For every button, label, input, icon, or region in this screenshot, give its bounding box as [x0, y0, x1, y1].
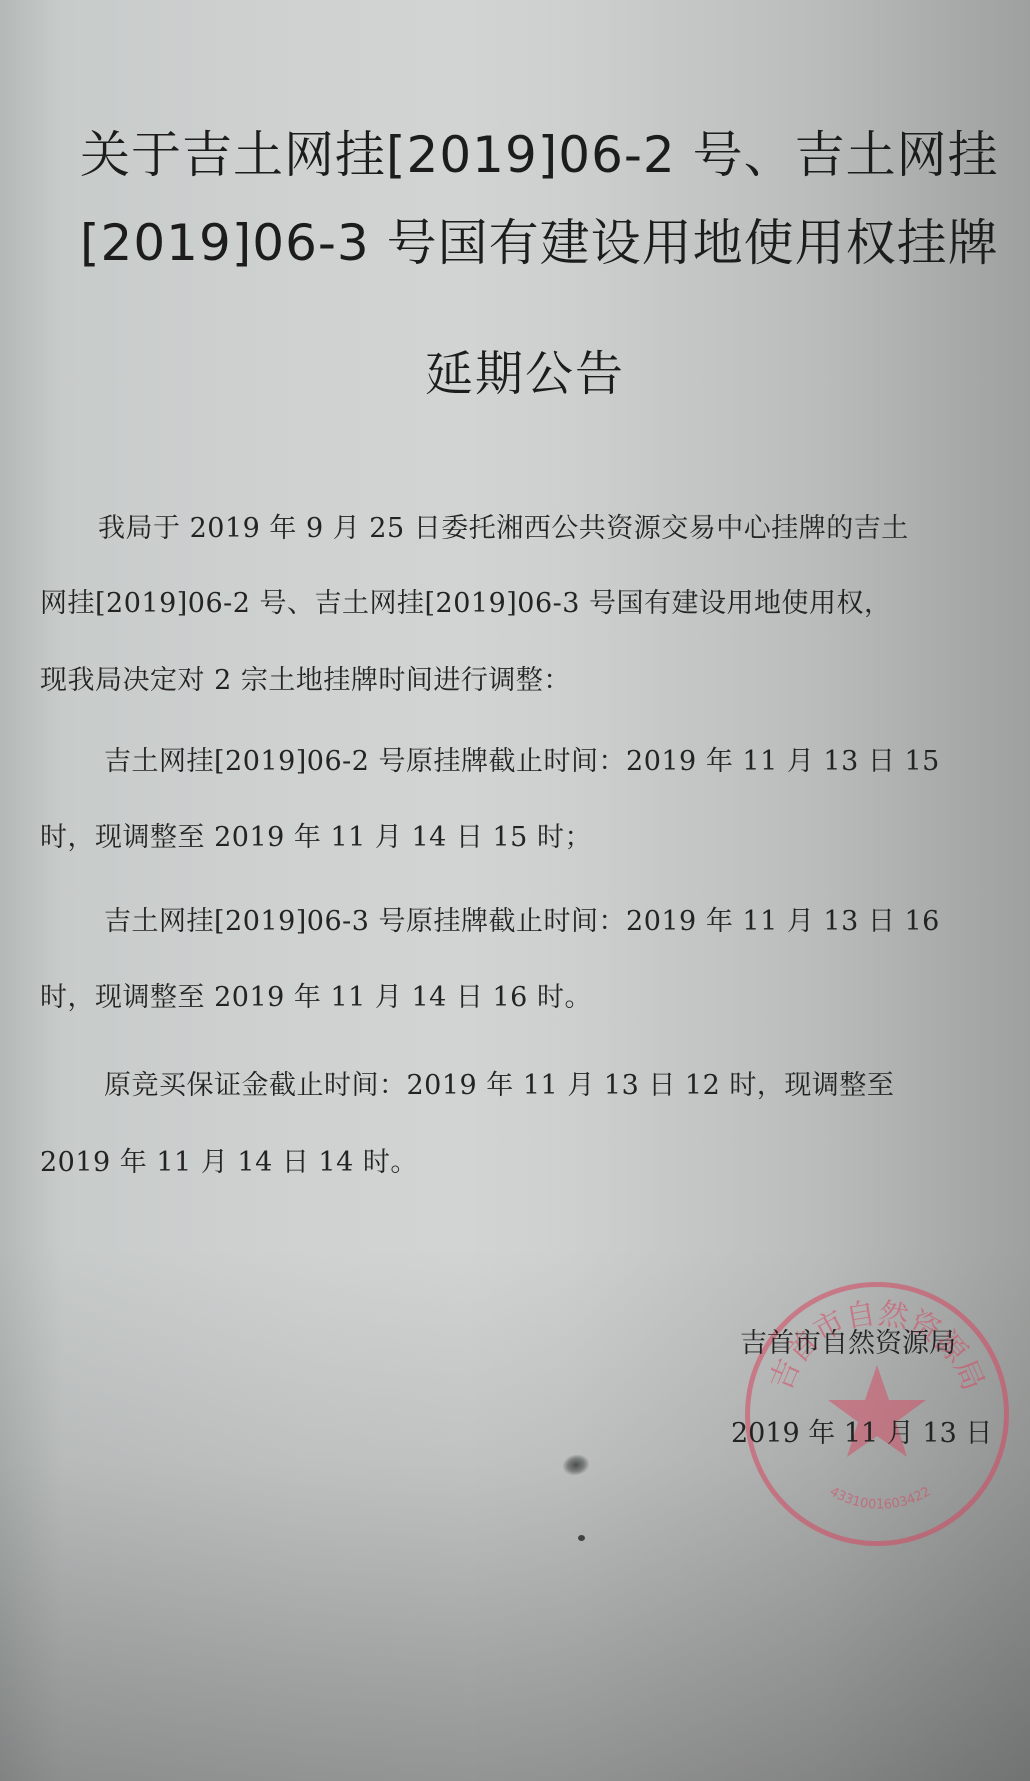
seal-star-icon: 吉首市自然资源局 4331001603422	[750, 1287, 1004, 1541]
paragraph-4-line-1: 原竞买保证金截止时间：2019 年 11 月 13 日 12 时，现调整至	[104, 1072, 894, 1099]
issue-date: 2019 年 11 月 13 日	[731, 1420, 992, 1447]
paragraph-2-line-1: 吉土网挂[2019]06-2 号原挂牌截止时间：2019 年 11 月 13 日…	[104, 748, 940, 775]
paragraph-1-line-3: 现我局决定对 2 宗土地挂牌时间进行调整：	[40, 667, 571, 694]
document-title-line-1: 关于吉土网挂[2019]06-2 号、吉土网挂	[80, 130, 960, 180]
paragraph-1-line-1: 我局于 2019 年 9 月 25 日委托湘西公共资源交易中心挂牌的吉土	[98, 515, 909, 542]
issuer-name: 吉首市自然资源局	[740, 1330, 956, 1357]
document-title-line-2: [2019]06-3 号国有建设用地使用权挂牌	[80, 218, 960, 268]
paragraph-4-line-2: 2019 年 11 月 14 日 14 时。	[40, 1149, 418, 1176]
paragraph-1-line-2: 网挂[2019]06-2 号、吉土网挂[2019]06-3 号国有建设用地使用权…	[40, 590, 892, 617]
document-subtitle: 延期公告	[0, 350, 1030, 398]
svg-text:4331001603422: 4331001603422	[827, 1484, 933, 1512]
paragraph-2-line-2: 时，现调整至 2019 年 11 月 14 日 15 时；	[40, 824, 592, 851]
paper-dot	[578, 1535, 585, 1541]
paragraph-3-line-1: 吉土网挂[2019]06-3 号原挂牌截止时间：2019 年 11 月 13 日…	[104, 908, 940, 935]
official-seal: 吉首市自然资源局 4331001603422	[745, 1282, 1009, 1546]
paper-smudge	[561, 1453, 591, 1478]
paragraph-3-line-2: 时，现调整至 2019 年 11 月 14 日 16 时。	[40, 984, 592, 1011]
